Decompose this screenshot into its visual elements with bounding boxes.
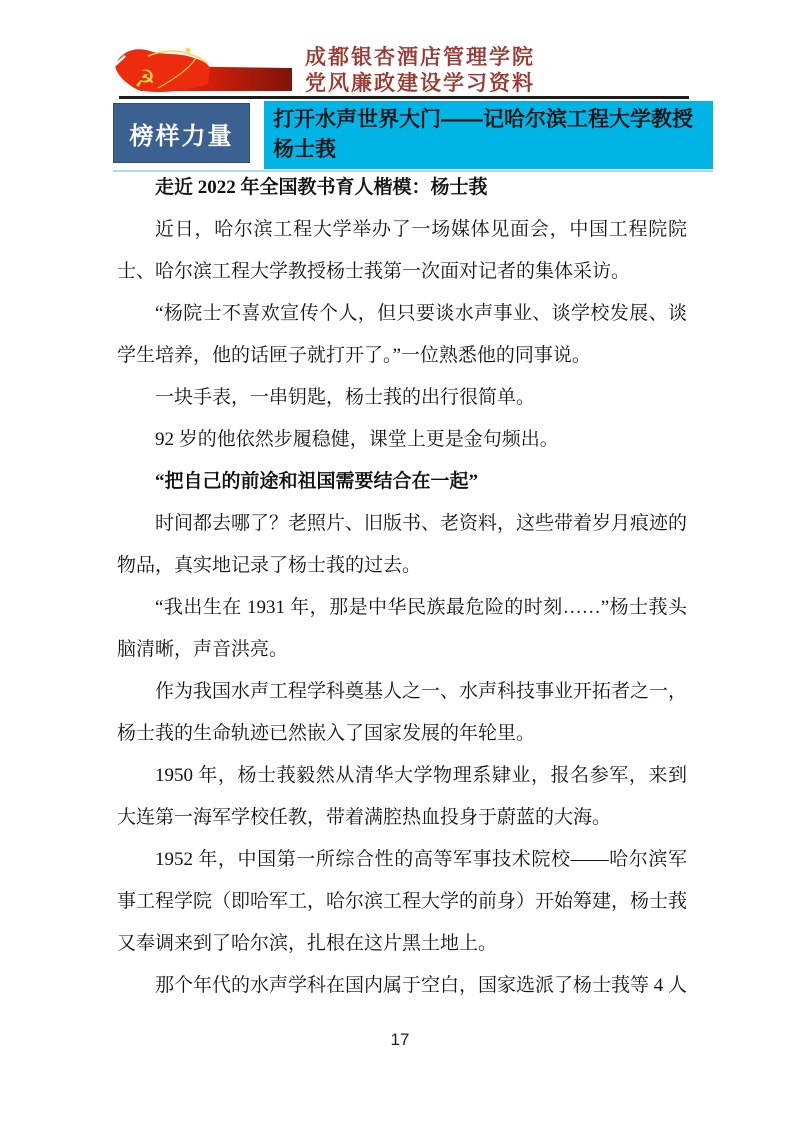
article-body: 走近 2022 年全国教书育人楷模：杨士莪近日，哈尔滨工程大学举办了一场媒体见面… [117, 167, 687, 1007]
org-title-line1: 成都银杏酒店管理学院 [305, 44, 535, 70]
flag-star [186, 48, 190, 52]
header-divider [119, 96, 689, 99]
article-paragraph: “杨院士不喜欢宣传个人，但只要谈水声事业、谈学校发展、谈学生培养，他的话匣子就打… [117, 293, 687, 377]
page-number: 17 [0, 1030, 800, 1050]
document-page: ☭ 成都银杏酒店管理学院 党风廉政建设学习资料 榜样力量 打开水声世界大门——记… [0, 0, 800, 1131]
article-paragraph: 1952 年，中国第一所综合性的高等军事技术院校——哈尔滨军事工程学院（即哈军工… [117, 839, 687, 965]
party-flag-logo: ☭ [112, 44, 292, 98]
article-title: 打开水声世界大门——记哈尔滨工程大学教授杨士莪 [264, 101, 713, 169]
org-title-block: 成都银杏酒店管理学院 党风廉政建设学习资料 [305, 44, 535, 96]
article-paragraph: 那个年代的水声学科在国内属于空白，国家选派了杨士莪等 4 人 [117, 965, 687, 1007]
article-heading: 走近 2022 年全国教书育人楷模：杨士莪 [117, 167, 687, 209]
hammer-sickle-icon: ☭ [134, 65, 156, 93]
article-paragraph: 近日，哈尔滨工程大学举办了一场媒体见面会，中国工程院院士、哈尔滨工程大学教授杨士… [117, 209, 687, 293]
article-paragraph: 一块手表，一串钥匙，杨士莪的出行很简单。 [117, 377, 687, 419]
article-heading: “把自己的前途和祖国需要结合在一起” [117, 461, 687, 503]
article-paragraph: 时间都去哪了？老照片、旧版书、老资料，这些带着岁月痕迹的物品，真实地记录了杨士莪… [117, 503, 687, 587]
org-title-line2: 党风廉政建设学习资料 [305, 70, 535, 96]
article-paragraph: “我出生在 1931 年，那是中华民族最危险的时刻……”杨士莪头脑清晰，声音洪亮… [117, 587, 687, 671]
article-paragraph: 作为我国水声工程学科奠基人之一、水声科技事业开拓者之一，杨士莪的生命轨迹已然嵌入… [117, 671, 687, 755]
article-paragraph: 1950 年，杨士莪毅然从清华大学物理系肄业，报名参军，来到大连第一海军学校任教… [117, 755, 687, 839]
article-paragraph: 92 岁的他依然步履稳健，课堂上更是金句频出。 [117, 419, 687, 461]
column-tag: 榜样力量 [113, 103, 250, 163]
